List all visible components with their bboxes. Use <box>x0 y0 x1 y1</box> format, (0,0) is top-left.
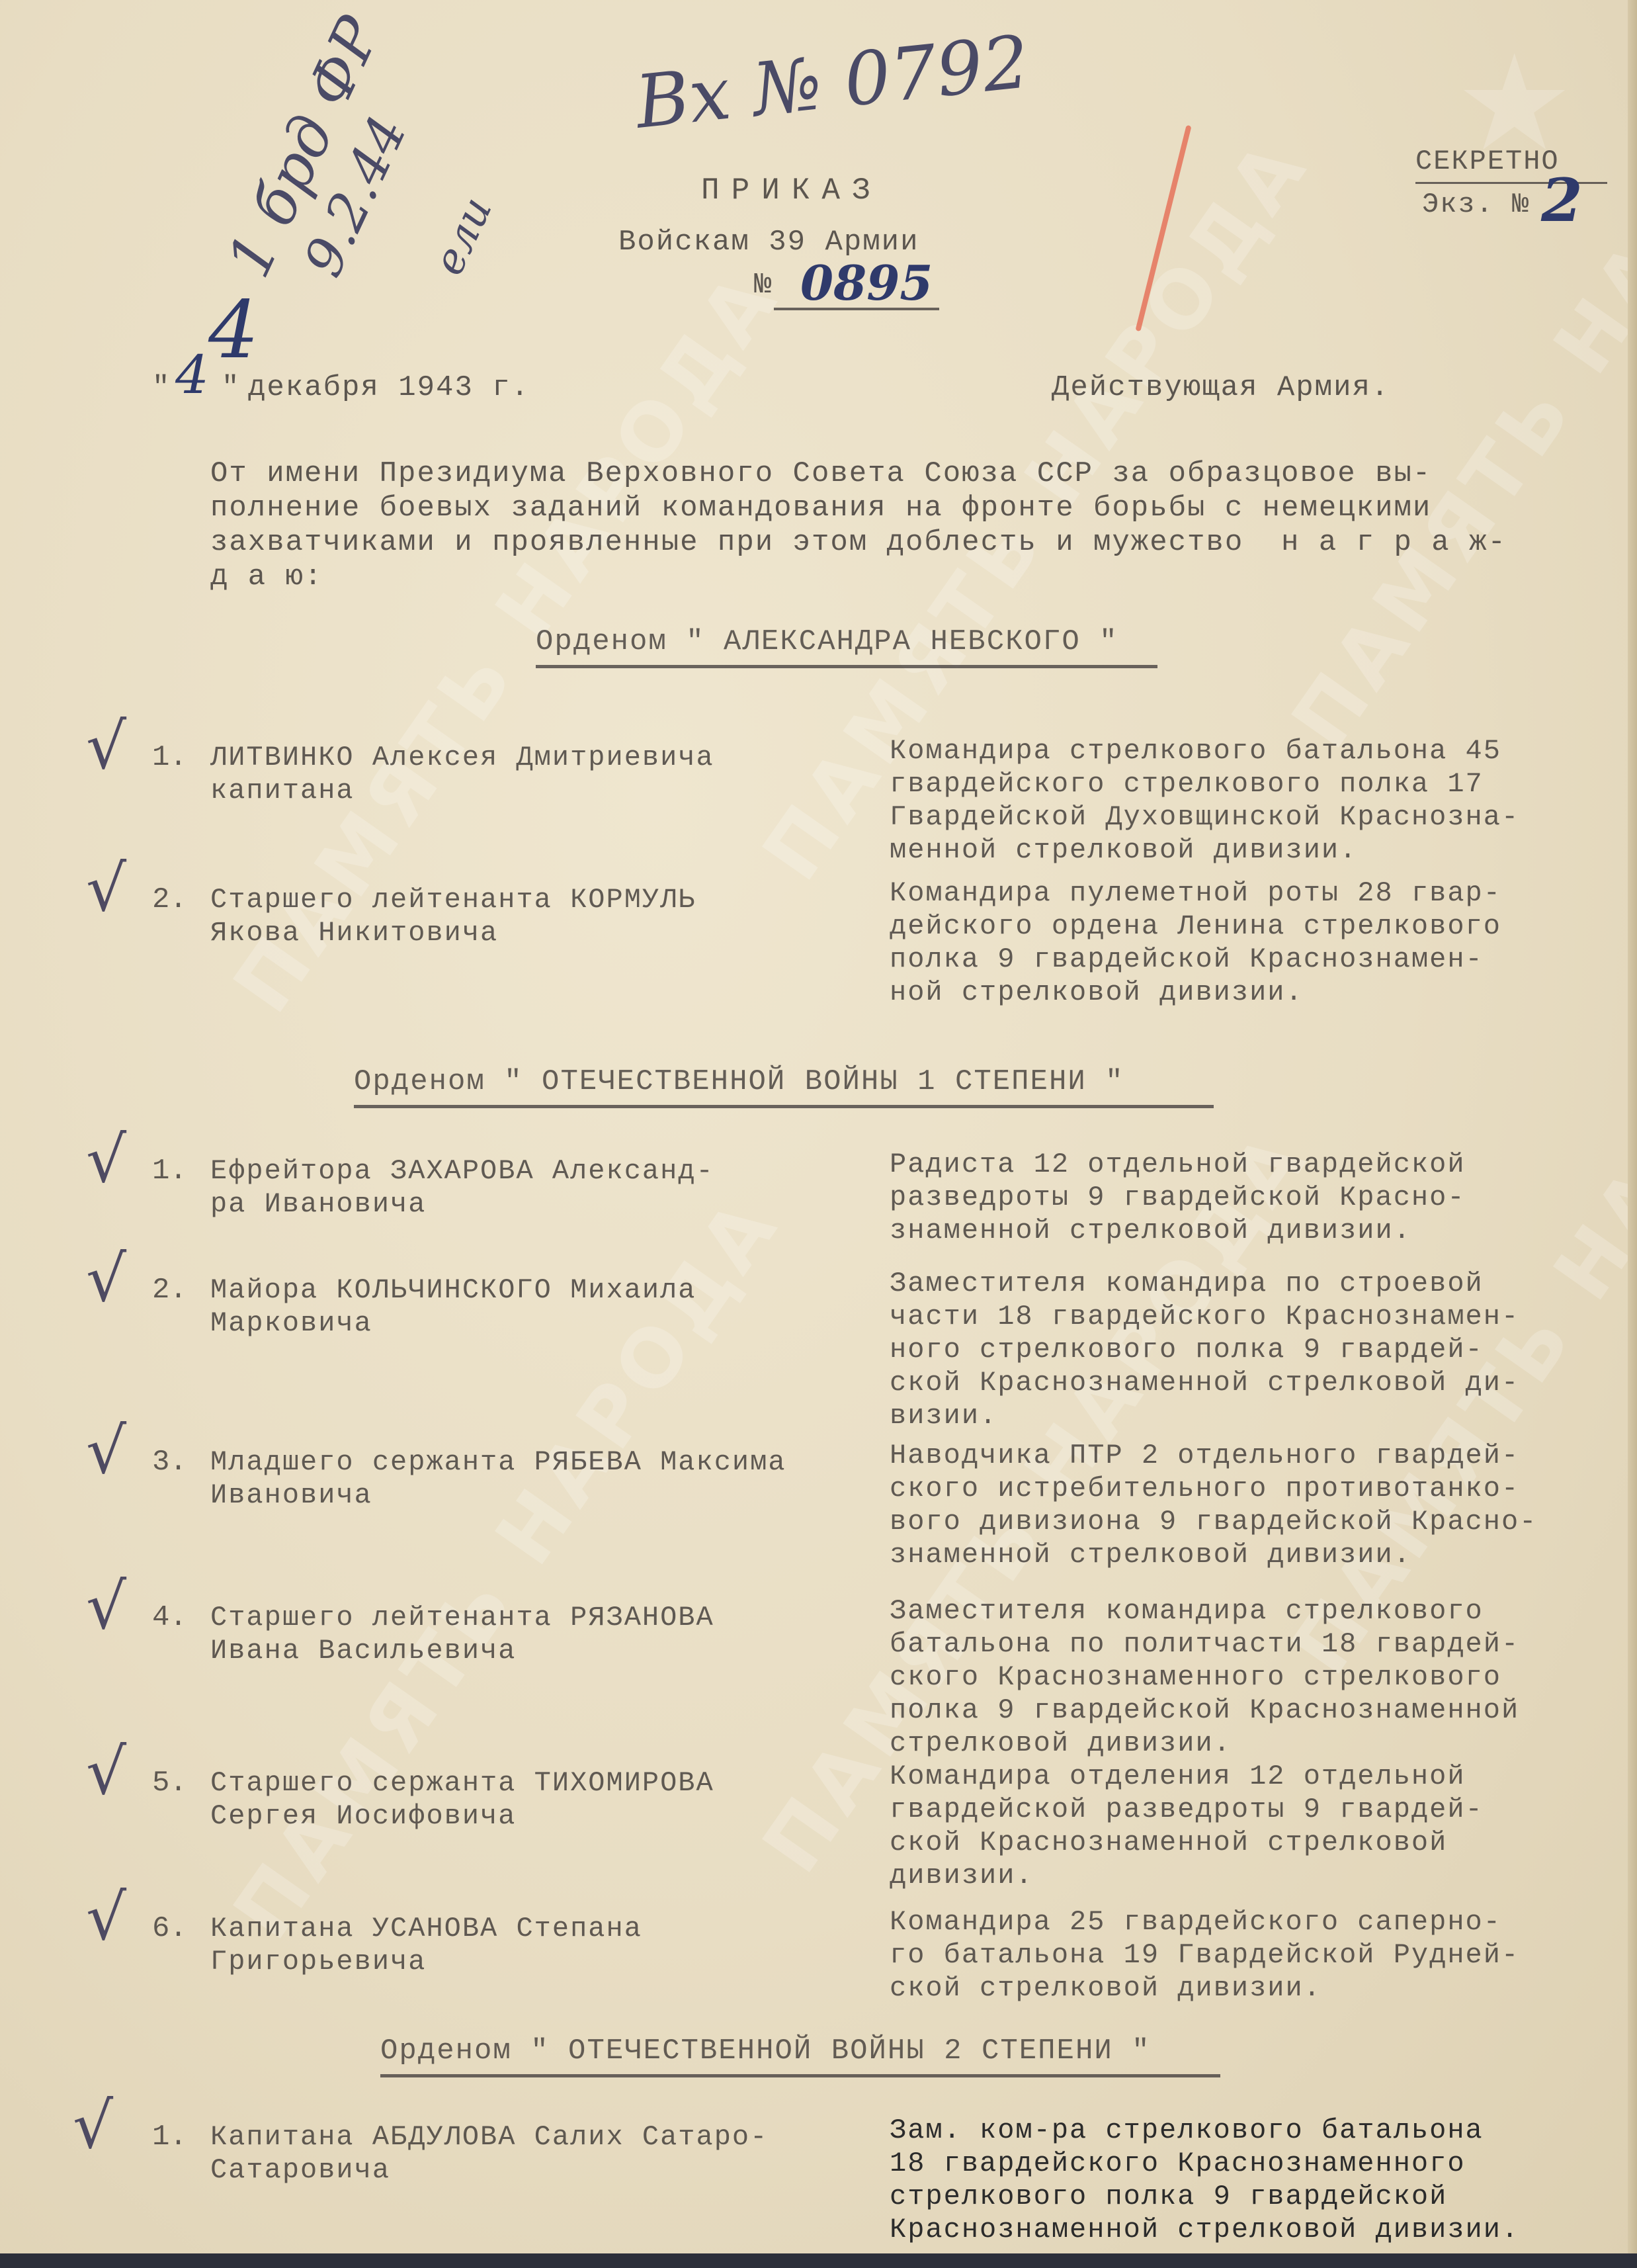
order-number-label: № <box>754 268 773 302</box>
order-number-underline <box>774 308 939 310</box>
recipient-position-line: Наводчика ПТР 2 отдельного гвардей- <box>890 1439 1604 1472</box>
recipient-position-line: полка 9 гвардейской Краснознаменной <box>890 1694 1604 1727</box>
recipient-position-line: ской стрелковой дивизии. <box>890 1972 1604 2005</box>
recipient-name-line: Сатаровича <box>210 2154 872 2187</box>
margin-note: ели <box>424 190 502 283</box>
recipient-name-line: Якова Никитовича <box>210 916 872 949</box>
recipient-name-line: Старшего лейтенанта КОРМУЛЬ <box>210 883 872 916</box>
recipient-name-line: Капитана АБДУЛОВА Салих Сатаро- <box>210 2120 872 2154</box>
page-edge <box>1628 0 1637 2268</box>
recipient-position-line: гвардейской разведроты 9 гвардей- <box>890 1793 1604 1826</box>
award-section-heading: Орденом " ОТЕЧЕСТВЕННОЙ ВОЙНЫ 1 СТЕПЕНИ … <box>354 1065 1124 1098</box>
checkmark-icon: √ <box>86 1575 126 1638</box>
copy-number-label: Экз. № <box>1422 189 1530 220</box>
recipient-name-line: ЛИТВИНКО Алексея Дмитриевича <box>210 741 872 774</box>
recipient-name: Капитана АБДУЛОВА Салих Сатаро-Сатарович… <box>210 2120 872 2187</box>
recipient-name-line: Сергея Иосифовича <box>210 1800 872 1833</box>
recipient-name-line: Марковича <box>210 1307 872 1340</box>
recipient-name-line: Ивана Васильевича <box>210 1634 872 1667</box>
archival-document-page: ПАМЯТЬ НАРОДА ПАМЯТЬ НАРОДА ПАМЯТЬ НАРОД… <box>0 0 1637 2268</box>
award-section-heading: Орденом " АЛЕКСАНДРА НЕВСКОГО " <box>536 625 1118 658</box>
recipient-name-line: Младшего сержанта РЯБЕВА Максима <box>210 1446 872 1479</box>
recipient-name-line: Старшего лейтенанта РЯЗАНОВА <box>210 1601 872 1634</box>
entry-number: 3. <box>152 1446 187 1479</box>
recipient-position-line: дивизии. <box>890 1859 1604 1892</box>
recipient-name: Старшего сержанта ТИХОМИРОВАСергея Иосиф… <box>210 1766 872 1833</box>
entry-number: 4. <box>152 1601 187 1634</box>
preamble-line: д а ю: <box>210 560 323 594</box>
recipient-name-line: Григорьевича <box>210 1945 872 1978</box>
recipient-position: Заместителя командира по строевойчасти 1… <box>890 1267 1604 1432</box>
recipient-position-line: го батальона 19 Гвардейской Рудней- <box>890 1939 1604 1972</box>
recipient-position: Наводчика ПТР 2 отдельного гвардей-ского… <box>890 1439 1604 1571</box>
checkmark-icon: √ <box>86 1886 126 1949</box>
recipient-position-line: ской Краснознаменной стрелковой ди- <box>890 1366 1604 1399</box>
recipient-position-line: стрелковой дивизии. <box>890 1727 1604 1760</box>
entry-number: 5. <box>152 1766 187 1800</box>
recipient-name-line: ра Ивановича <box>210 1188 872 1221</box>
entry-number: 1. <box>152 1155 187 1188</box>
recipient-position-line: ной стрелковой дивизии. <box>890 976 1604 1009</box>
recipient-name: Ефрейтора ЗАХАРОВА Александ-ра Ивановича <box>210 1155 872 1221</box>
recipient-name: Майора КОЛЬЧИНСКОГО МихаилаМарковича <box>210 1274 872 1340</box>
recipient-position-line: Командира 25 гвардейского саперно- <box>890 1905 1604 1939</box>
recipient-position: Командира отделения 12 отдельнойгвардейс… <box>890 1760 1604 1892</box>
entry-number: 6. <box>152 1912 187 1945</box>
entry-number: 2. <box>152 883 187 916</box>
recipient-name: Капитана УСАНОВА СтепанаГригорьевича <box>210 1912 872 1978</box>
date-quote-open: " <box>152 371 171 405</box>
preamble-line: От имени Президиума Верховного Совета Со… <box>210 457 1431 491</box>
recipient-position: Заместителя командира стрелковогобатальо… <box>890 1594 1604 1760</box>
recipient-position: Командира стрелкового батальона 45гварде… <box>890 734 1604 867</box>
copy-number-handwritten: 2 <box>1541 165 1583 236</box>
recipient-position-line: Командира пулеметной роты 28 гвар- <box>890 877 1604 910</box>
checkmark-icon: √ <box>73 2094 113 2158</box>
scan-border <box>0 2253 1637 2268</box>
recipient-position: Радиста 12 отдельной гвардейскойразведро… <box>890 1148 1604 1247</box>
recipient-name-line: Майора КОЛЬЧИНСКОГО Михаила <box>210 1274 872 1307</box>
date-day-handwritten: 4 <box>175 344 209 406</box>
recipient-position-line: знаменной стрелковой дивизии. <box>890 1214 1604 1247</box>
recipient-position-line: стрелкового полка 9 гвардейской <box>890 2180 1604 2213</box>
recipient-position-line: Командира стрелкового батальона 45 <box>890 734 1604 767</box>
recipient-name-line: капитана <box>210 774 872 807</box>
section-heading-underline <box>380 2074 1220 2077</box>
recipient-position-line: ного стрелкового полка 9 гвардей- <box>890 1333 1604 1366</box>
recipient-position-line: Командира отделения 12 отдельной <box>890 1760 1604 1793</box>
recipient-position: Зам. ком-ра стрелкового батальона18 гвар… <box>890 2114 1604 2246</box>
recipient-position-line: ского Краснознаменного стрелкового <box>890 1661 1604 1694</box>
recipient-name-line: Старшего сержанта ТИХОМИРОВА <box>210 1766 872 1800</box>
recipient-position-line: разведроты 9 гвардейской Красно- <box>890 1181 1604 1214</box>
checkmark-icon: √ <box>86 1247 126 1311</box>
recipient-position-line: Краснознаменной стрелковой дивизии. <box>890 2213 1604 2246</box>
checkmark-icon: √ <box>86 1419 126 1483</box>
recipient-position-line: вого дивизиона 9 гвардейской Красно- <box>890 1505 1604 1538</box>
recipient-name: ЛИТВИНКО Алексея Дмитриевичакапитана <box>210 741 872 807</box>
recipient-position: Командира пулеметной роты 28 гвар-дейско… <box>890 877 1604 1009</box>
checkmark-icon: √ <box>86 857 126 920</box>
entry-number: 2. <box>152 1274 187 1307</box>
order-date: декабря 1943 г. <box>248 371 530 405</box>
incoming-number-handwritten: Вх № 0792 <box>632 19 1033 145</box>
recipient-position: Командира 25 гвардейского саперно-го бат… <box>890 1905 1604 2005</box>
recipient-position-line: Гвардейской Духовщинской Краснозна- <box>890 801 1604 834</box>
recipient-position-line: визии. <box>890 1399 1604 1432</box>
section-heading-underline <box>354 1105 1214 1108</box>
recipient-position-line: Заместителя командира по строевой <box>890 1267 1604 1300</box>
recipient-position-line: гвардейского стрелкового полка 17 <box>890 767 1604 801</box>
entry-number: 1. <box>152 741 187 774</box>
recipient-position-line: Радиста 12 отдельной гвардейской <box>890 1148 1604 1181</box>
recipient-position-line: дейского ордена Ленина стрелкового <box>890 910 1604 943</box>
document-title: ПРИКАЗ <box>701 173 882 208</box>
recipient-position-line: менной стрелковой дивизии. <box>890 834 1604 867</box>
recipient-name: Старшего лейтенанта КОРМУЛЬЯкова Никитов… <box>210 883 872 949</box>
recipient-position-line: ской Краснознаменной стрелковой <box>890 1826 1604 1859</box>
checkmark-icon: √ <box>86 1128 126 1192</box>
recipient-name-line: Ефрейтора ЗАХАРОВА Александ- <box>210 1155 872 1188</box>
recipient-position-line: ского истребительного противотанко- <box>890 1472 1604 1505</box>
recipient-position-line: знаменной стрелковой дивизии. <box>890 1538 1604 1571</box>
recipient-position-line: полка 9 гвардейской Краснознамен- <box>890 943 1604 976</box>
entry-number: 1. <box>152 2120 187 2154</box>
recipient-name: Младшего сержанта РЯБЕВА МаксимаИванович… <box>210 1446 872 1512</box>
order-number-handwritten: 0895 <box>800 255 933 311</box>
checkmark-icon: √ <box>86 715 126 778</box>
order-place: Действующая Армия. <box>1052 371 1390 405</box>
recipient-name-line: Ивановича <box>210 1479 872 1512</box>
recipient-position-line: батальона по политчасти 18 гвардей- <box>890 1628 1604 1661</box>
preamble-line: полнение боевых заданий командования на … <box>210 491 1431 525</box>
recipient-name-line: Капитана УСАНОВА Степана <box>210 1912 872 1945</box>
margin-number-handwritten: 4 <box>208 284 259 376</box>
date-quote-close: " <box>222 371 240 405</box>
checkmark-icon: √ <box>86 1740 126 1804</box>
award-section-heading: Орденом " ОТЕЧЕСТВЕННОЙ ВОЙНЫ 2 СТЕПЕНИ … <box>380 2034 1151 2068</box>
recipient-position-line: Зам. ком-ра стрелкового батальона <box>890 2114 1604 2147</box>
recipient-position-line: 18 гвардейского Краснознаменного <box>890 2147 1604 2180</box>
recipient-position-line: части 18 гвардейского Краснознамен- <box>890 1300 1604 1333</box>
recipient-name: Старшего лейтенанта РЯЗАНОВАИвана Василь… <box>210 1601 872 1667</box>
recipient-position-line: Заместителя командира стрелкового <box>890 1594 1604 1628</box>
preamble-line: захватчиками и проявленные при этом добл… <box>210 525 1507 560</box>
secret-stamp: СЕКРЕТНО <box>1415 146 1560 177</box>
section-heading-underline <box>536 665 1157 668</box>
